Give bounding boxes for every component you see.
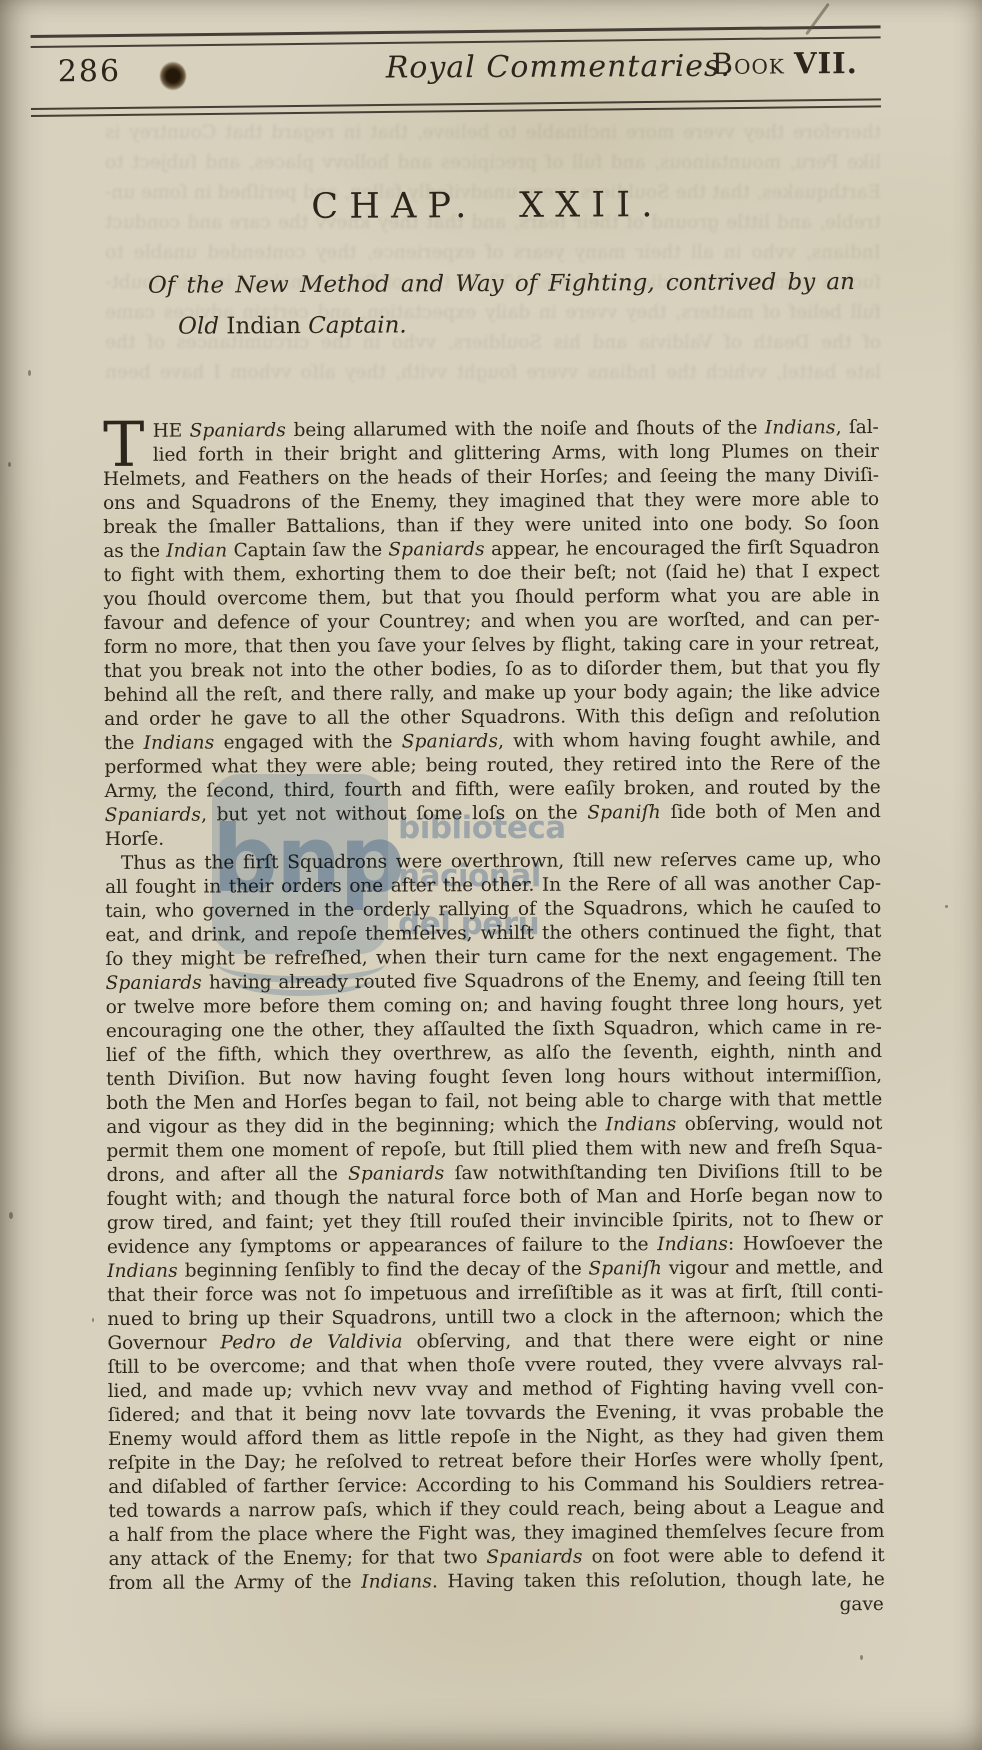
margin-speck [860,1655,863,1660]
paragraph-2: Thus as the firſt Squadrons were overthr… [105,848,885,1596]
margin-speck [28,370,31,376]
body-text: T HE Spaniards being allarumed with the … [103,416,885,1596]
running-title: Royal Commentaries. [386,49,731,86]
chapter-subtitle: Of the New Method and Way of Fighting, c… [148,262,855,348]
paragraph-1: T HE Spaniards being allarumed with the … [103,416,881,852]
margin-speck [9,1212,13,1219]
book-label: Book [712,46,785,80]
book-numeral: VII. [794,46,858,80]
page-number: 286 [58,54,121,89]
subtitle-line: Of the New Method and Way of Fighting, c… [148,262,855,307]
margin-speck [8,462,11,467]
text-line: Spaniards, but yet not without ſome loſs… [105,800,881,828]
catchword: gave [839,1594,883,1615]
book-page-scan: therefore they vvere more inclinable to … [0,0,982,1750]
drop-cap: T [103,422,145,468]
book-heading: Book VII. [712,46,858,81]
ink-blot [160,62,186,90]
header-rule-top-outer [31,25,881,38]
chapter-heading: CHAP. XXII. [0,183,979,228]
text-line: from all the Army of the Indians. Having… [109,1568,885,1596]
subtitle-line: Old Indian Captain. [148,303,855,348]
margin-speck [92,1318,94,1322]
margin-speck [945,905,948,908]
